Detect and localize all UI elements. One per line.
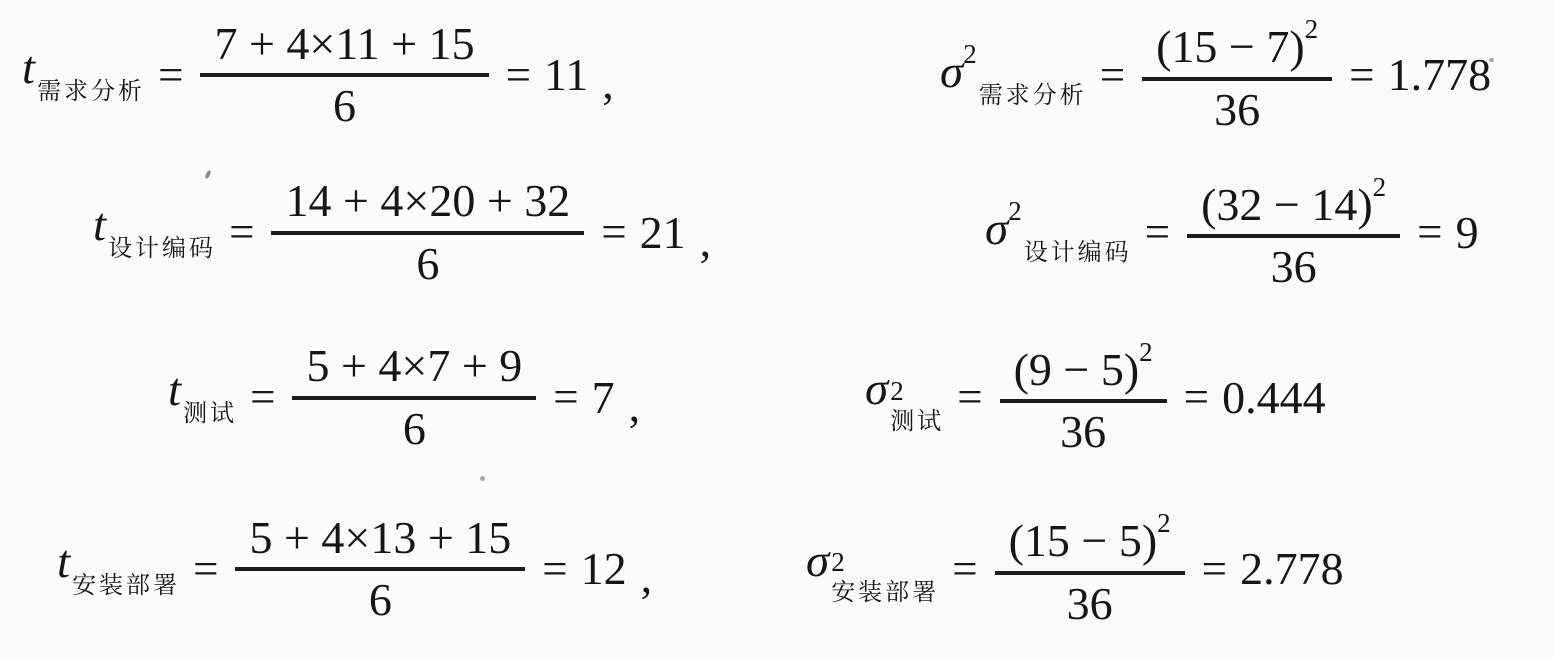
equals-sign: = (158, 53, 183, 98)
t-subscript: 设计编码 (108, 236, 216, 262)
sigma-symbol: σ (806, 535, 829, 587)
sigma-exponent: 2 (1008, 196, 1022, 226)
t-symbol: t (168, 364, 181, 416)
expected-time-cell: t测试 = 5 + 4×7 + 9 6 = 7 , (0, 342, 780, 453)
equals-sign: = (229, 210, 254, 255)
fraction: 7 + 4×11 + 15 6 (200, 20, 488, 131)
fraction-denominator: 6 (403, 400, 426, 453)
expected-time-equation: t安装部署 = 5 + 4×13 + 15 6 = 12 , (57, 514, 652, 625)
equals-sign: = (506, 53, 531, 98)
equals-sign: = (1184, 375, 1209, 420)
result-value: 1.778 (1388, 52, 1492, 98)
result-value: 0.444 (1222, 375, 1326, 421)
scan-speck (1489, 58, 1494, 62)
equals-sign: = (1349, 53, 1374, 98)
equals-sign: = (250, 375, 275, 420)
equals-sign: = (542, 547, 567, 592)
comma: , (629, 383, 641, 429)
fraction-denominator: 6 (416, 235, 439, 288)
expected-time-cell: t需求分析 = 7 + 4×11 + 15 6 = 11 , (0, 20, 780, 131)
t-subscript: 测试 (183, 401, 237, 427)
fraction-numerator: (15 − 7)2 (1142, 16, 1332, 76)
fraction-denominator: 36 (1067, 575, 1113, 628)
fraction: 5 + 4×13 + 15 6 (235, 514, 525, 625)
variable-sigma: σ2需求分析 (940, 41, 1087, 110)
scan-speck (480, 476, 485, 481)
equation-row-testing: t测试 = 5 + 4×7 + 9 6 = 7 , σ2测试 = (9 − 5)… (0, 315, 1555, 480)
sigma-symbol: σ (985, 203, 1008, 255)
variance-cell: σ2需求分析 = (15 − 7)2 36 = 1.778 (780, 16, 1555, 134)
result-value: 2.778 (1240, 546, 1344, 592)
fraction-denominator: 36 (1214, 81, 1260, 134)
sigma-subscript: 安装部署 (831, 581, 939, 605)
expected-time-equation: t测试 = 5 + 4×7 + 9 6 = 7 , (168, 342, 640, 453)
squared-term: (15 − 7) (1156, 21, 1305, 72)
expected-time-cell: t设计编码 = 14 + 4×20 + 32 6 = 21 , (0, 177, 780, 288)
equals-sign: = (601, 210, 626, 255)
result-value: 9 (1456, 210, 1479, 256)
exponent-2: 2 (1139, 337, 1153, 367)
expected-time-equation: t需求分析 = 7 + 4×11 + 15 6 = 11 , (22, 20, 614, 131)
result-value: 11 (544, 52, 588, 98)
sigma-subscript: 需求分析 (979, 83, 1087, 109)
fraction-numerator: (9 − 5)2 (1000, 339, 1167, 399)
variable-t: t需求分析 (22, 45, 145, 106)
variable-sigma: σ2设计编码 (985, 198, 1132, 267)
equals-sign: = (1202, 547, 1227, 592)
comma: , (700, 218, 712, 264)
equals-sign: = (193, 547, 218, 592)
variable-sigma: σ2安装部署 (806, 538, 939, 600)
sigma-script-stack: 2测试 (890, 378, 944, 434)
equation-row-install-deploy: t安装部署 = 5 + 4×13 + 15 6 = 12 , σ2安装部署 = … (0, 480, 1555, 658)
exponent-2: 2 (1373, 172, 1387, 202)
equals-sign: = (1417, 210, 1442, 255)
squared-term: (32 − 14) (1201, 179, 1373, 230)
fraction: 14 + 4×20 + 32 6 (271, 177, 584, 288)
t-symbol: t (22, 42, 35, 94)
equation-row-design-coding: t设计编码 = 14 + 4×20 + 32 6 = 21 , σ2设计编码 =… (0, 150, 1555, 315)
fraction-denominator: 6 (369, 571, 392, 624)
fraction: (9 − 5)2 36 (1000, 339, 1167, 457)
fraction-denominator: 36 (1060, 403, 1106, 456)
exponent-2: 2 (1305, 14, 1319, 44)
fraction: (15 − 5)2 36 (995, 510, 1185, 628)
equals-sign: = (957, 375, 982, 420)
exponent-2: 2 (1157, 508, 1171, 538)
sigma-exponent: 2 (890, 378, 904, 405)
expected-time-cell: t安装部署 = 5 + 4×13 + 15 6 = 12 , (0, 514, 780, 625)
squared-term: (15 − 5) (1009, 515, 1158, 566)
variance-equation: σ2需求分析 = (15 − 7)2 36 = 1.778 (940, 16, 1491, 134)
sigma-exponent: 2 (963, 39, 977, 69)
variance-equation: σ2测试 = (9 − 5)2 36 = 0.444 (865, 339, 1326, 457)
scanned-formula-page: t需求分析 = 7 + 4×11 + 15 6 = 11 , σ2需求分析 = … (0, 0, 1555, 658)
comma: , (641, 554, 653, 600)
fraction: (15 − 7)2 36 (1142, 16, 1332, 134)
fraction-numerator: 14 + 4×20 + 32 (271, 177, 584, 230)
variable-t: t测试 (168, 367, 237, 428)
variable-t: t安装部署 (57, 539, 180, 600)
variance-cell: σ2测试 = (9 − 5)2 36 = 0.444 (780, 339, 1555, 457)
equals-sign: = (1100, 53, 1125, 98)
sigma-script-stack: 2安装部署 (831, 549, 939, 605)
equals-sign: = (553, 375, 578, 420)
sigma-symbol: σ (865, 363, 888, 415)
squared-term: (9 − 5) (1014, 344, 1140, 395)
fraction: (32 − 14)2 36 (1187, 174, 1400, 292)
sigma-symbol: σ (940, 46, 963, 98)
variance-cell: σ2安装部署 = (15 − 5)2 36 = 2.778 (780, 510, 1555, 628)
result-value: 12 (581, 546, 627, 592)
sigma-subscript: 设计编码 (1024, 240, 1132, 266)
variance-cell: σ2设计编码 = (32 − 14)2 36 = 9 (780, 174, 1555, 292)
variance-equation: σ2设计编码 = (32 − 14)2 36 = 9 (985, 174, 1479, 292)
variable-sigma: σ2测试 (865, 366, 944, 428)
sigma-subscript: 测试 (890, 410, 944, 434)
t-symbol: t (93, 199, 106, 251)
comma: , (602, 60, 614, 106)
equals-sign: = (952, 547, 977, 592)
fraction-denominator: 6 (333, 77, 356, 130)
result-value: 21 (640, 210, 686, 256)
fraction-numerator: 5 + 4×7 + 9 (292, 342, 536, 395)
expected-time-equation: t设计编码 = 14 + 4×20 + 32 6 = 21 , (93, 177, 711, 288)
fraction: 5 + 4×7 + 9 6 (292, 342, 536, 453)
fraction-numerator: (15 − 5)2 (995, 510, 1185, 570)
equation-row-requirements-analysis: t需求分析 = 7 + 4×11 + 15 6 = 11 , σ2需求分析 = … (0, 0, 1555, 150)
fraction-numerator: 7 + 4×11 + 15 (200, 20, 488, 73)
sigma-exponent: 2 (831, 549, 845, 576)
fraction-denominator: 36 (1271, 238, 1317, 291)
equals-sign: = (1145, 210, 1170, 255)
fraction-numerator: (32 − 14)2 (1187, 174, 1400, 234)
variable-t: t设计编码 (93, 202, 216, 263)
t-symbol: t (57, 536, 70, 588)
t-subscript: 需求分析 (37, 79, 145, 105)
variance-equation: σ2安装部署 = (15 − 5)2 36 = 2.778 (806, 510, 1344, 628)
result-value: 7 (592, 375, 615, 421)
t-subscript: 安装部署 (72, 573, 180, 599)
fraction-numerator: 5 + 4×13 + 15 (235, 514, 525, 567)
